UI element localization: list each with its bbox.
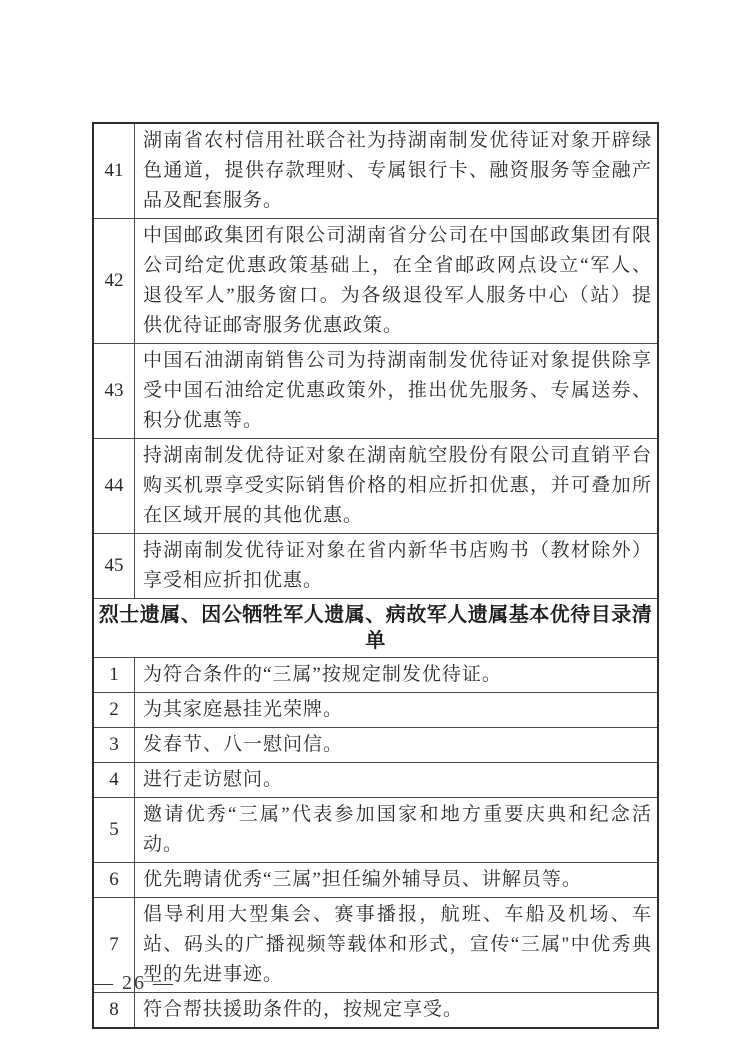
benefits-table-body: 41湖南省农村信用社联合社为持湖南制发优待证对象开辟绿色通道，提供存款理财、专属…: [93, 123, 658, 1028]
row-text-cell: 进行走访慰问。: [135, 763, 659, 798]
row-number-cell: 4: [93, 763, 135, 798]
section-header-row: 烈士遗属、因公牺牲军人遗属、病故军人遗属基本优待目录清单: [93, 599, 658, 658]
row-text-cell: 持湖南制发优待证对象在湖南航空股份有限公司直销平台购买机票享受实际销售价格的相应…: [135, 439, 659, 534]
row-number-cell: 3: [93, 728, 135, 763]
table-row: 3发春节、八一慰问信。: [93, 728, 658, 763]
row-number-cell: 42: [93, 219, 135, 344]
row-number-cell: 45: [93, 534, 135, 599]
row-text-cell: 倡导利用大型集会、赛事播报，航班、车船及机场、车站、码头的广播视频等载体和形式，…: [135, 898, 659, 993]
table-row: 1为符合条件的“三属”按规定制发优待证。: [93, 658, 658, 693]
table-row: 45持湖南制发优待证对象在省内新华书店购书（教材除外）享受相应折扣优惠。: [93, 534, 658, 599]
row-text-cell: 持湖南制发优待证对象在省内新华书店购书（教材除外）享受相应折扣优惠。: [135, 534, 659, 599]
benefits-table: 41湖南省农村信用社联合社为持湖南制发优待证对象开辟绿色通道，提供存款理财、专属…: [92, 122, 659, 1029]
document-page: 41湖南省农村信用社联合社为持湖南制发优待证对象开辟绿色通道，提供存款理财、专属…: [0, 0, 750, 1060]
row-text-cell: 邀请优秀“三属”代表参加国家和地方重要庆典和纪念活动。: [135, 798, 659, 863]
row-number-cell: 44: [93, 439, 135, 534]
table-row: 7倡导利用大型集会、赛事播报，航班、车船及机场、车站、码头的广播视频等载体和形式…: [93, 898, 658, 993]
page-number: — 26 —: [93, 968, 175, 998]
row-number-cell: 1: [93, 658, 135, 693]
row-number-cell: 43: [93, 344, 135, 439]
table-row: 42中国邮政集团有限公司湖南省分公司在中国邮政集团有限公司给定优惠政策基础上，在…: [93, 219, 658, 344]
table-row: 5邀请优秀“三属”代表参加国家和地方重要庆典和纪念活动。: [93, 798, 658, 863]
row-text-cell: 发春节、八一慰问信。: [135, 728, 659, 763]
row-text-cell: 中国邮政集团有限公司湖南省分公司在中国邮政集团有限公司给定优惠政策基础上，在全省…: [135, 219, 659, 344]
row-text-cell: 优先聘请优秀“三属”担任编外辅导员、讲解员等。: [135, 863, 659, 898]
row-number-cell: 5: [93, 798, 135, 863]
table-row: 44持湖南制发优待证对象在湖南航空股份有限公司直销平台购买机票享受实际销售价格的…: [93, 439, 658, 534]
row-number-cell: 6: [93, 863, 135, 898]
row-text-cell: 为其家庭悬挂光荣牌。: [135, 693, 659, 728]
table-row: 41湖南省农村信用社联合社为持湖南制发优待证对象开辟绿色通道，提供存款理财、专属…: [93, 123, 658, 219]
row-text-cell: 湖南省农村信用社联合社为持湖南制发优待证对象开辟绿色通道，提供存款理财、专属银行…: [135, 123, 659, 219]
table-row: 43中国石油湖南销售公司为持湖南制发优待证对象提供除享受中国石油给定优惠政策外，…: [93, 344, 658, 439]
table-row: 6优先聘请优秀“三属”担任编外辅导员、讲解员等。: [93, 863, 658, 898]
table-row: 8符合帮扶援助条件的，按规定享受。: [93, 993, 658, 1029]
section-header-cell: 烈士遗属、因公牺牲军人遗属、病故军人遗属基本优待目录清单: [93, 599, 658, 658]
table-row: 2为其家庭悬挂光荣牌。: [93, 693, 658, 728]
row-text-cell: 为符合条件的“三属”按规定制发优待证。: [135, 658, 659, 693]
row-text-cell: 符合帮扶援助条件的，按规定享受。: [135, 993, 659, 1029]
table-row: 4进行走访慰问。: [93, 763, 658, 798]
row-text-cell: 中国石油湖南销售公司为持湖南制发优待证对象提供除享受中国石油给定优惠政策外，推出…: [135, 344, 659, 439]
row-number-cell: 41: [93, 123, 135, 219]
row-number-cell: 2: [93, 693, 135, 728]
